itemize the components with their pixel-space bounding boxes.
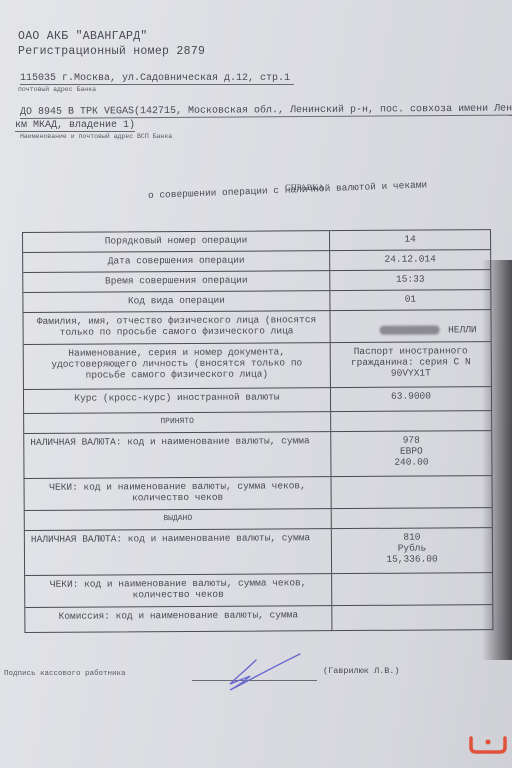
row-label: Комиссия: код и наименование валюты, сум… [25, 606, 332, 632]
row-label: Порядковый номер операции [23, 231, 330, 252]
row-label: Фамилия, имя, отчество физического лица … [23, 311, 330, 344]
signer-name: (Гаврилюк Л.В.) [323, 666, 400, 676]
branch-address-line2: км МКАД, владение 1) [15, 120, 135, 132]
bank-address: 115035 г.Москва, ул.Садовническая д.12, … [20, 73, 294, 85]
row-label: Время совершения операции [23, 271, 330, 292]
row-value: 24.12.014 [330, 250, 490, 270]
table-row: Комиссия: код и наименование валюты, сум… [25, 605, 492, 632]
row-value [332, 476, 492, 508]
operation-table: Порядковый номер операции 14 Дата соверш… [22, 229, 493, 633]
row-value: 810 Рубль 15,336.00 [332, 528, 492, 573]
row-value: НЕЛЛИ [330, 310, 490, 342]
row-value [332, 605, 492, 630]
row-value: Паспорт иностранного гражданина: серия C… [331, 342, 491, 387]
table-row: Курс (кросс-курс) иностранной валюты 63.… [24, 387, 491, 414]
row-value [331, 411, 491, 431]
redaction-mark [380, 325, 440, 334]
row-value: 01 [330, 290, 490, 310]
section-row-issued: ВЫДАНО [25, 508, 492, 531]
table-row: НАЛИЧНАЯ ВАЛЮТА: код и наименование валю… [24, 431, 491, 479]
section-row-received: ПРИНЯТО [24, 411, 491, 434]
row-label: Курс (кросс-курс) иностранной валюты [24, 388, 331, 413]
row-value [332, 573, 492, 605]
row-label: Наименование, серия и номер документа, у… [24, 343, 331, 389]
row-value: 63.9000 [331, 387, 491, 411]
section-label: ВЫДАНО [25, 509, 332, 530]
table-row: ЧЕКИ: код и наименование валюты, сумма ч… [25, 573, 492, 608]
row-label: ЧЕКИ: код и наименование валюты, сумма ч… [25, 477, 332, 510]
registration-number: Регистрационный номер 2879 [18, 45, 205, 58]
row-label: Код вида операции [23, 291, 330, 312]
section-label: ПРИНЯТО [24, 412, 331, 433]
table-row: Фамилия, имя, отчество физического лица … [23, 310, 490, 345]
bank-address-caption: почтовый адрес Банка [18, 86, 96, 93]
row-value: 14 [330, 230, 490, 250]
signature-label: Подпись кассового работника [4, 670, 126, 678]
table-row: Наименование, серия и номер документа, у… [24, 342, 491, 390]
branch-address-line1: ДО 8945 В ТРК VEGAS(142715, Московская о… [20, 104, 512, 119]
row-label: Дата совершения операции [23, 251, 330, 272]
row-value: 15:33 [330, 270, 490, 290]
row-label: НАЛИЧНАЯ ВАЛЮТА: код и наименование валю… [25, 529, 332, 575]
watermark-logo-icon [468, 734, 508, 756]
row-value: 978 ЕВРО 240.00 [331, 431, 491, 476]
row-label: НАЛИЧНАЯ ВАЛЮТА: код и наименование валю… [24, 432, 331, 478]
table-row: Порядковый номер операции 14 [23, 230, 490, 253]
branch-caption: Наименование и почтовый адрес ВСП Банка [20, 133, 172, 140]
row-label: ЧЕКИ: код и наименование валюты, сумма ч… [25, 574, 332, 607]
signature-mark [220, 652, 310, 694]
row-value [332, 508, 492, 528]
client-name: НЕЛЛИ [448, 324, 477, 335]
table-row: ЧЕКИ: код и наименование валюты, сумма ч… [25, 476, 492, 511]
table-row: НАЛИЧНАЯ ВАЛЮТА: код и наименование валю… [25, 528, 492, 576]
bank-name: ОАО АКБ "АВАНГАРД" [18, 30, 148, 43]
